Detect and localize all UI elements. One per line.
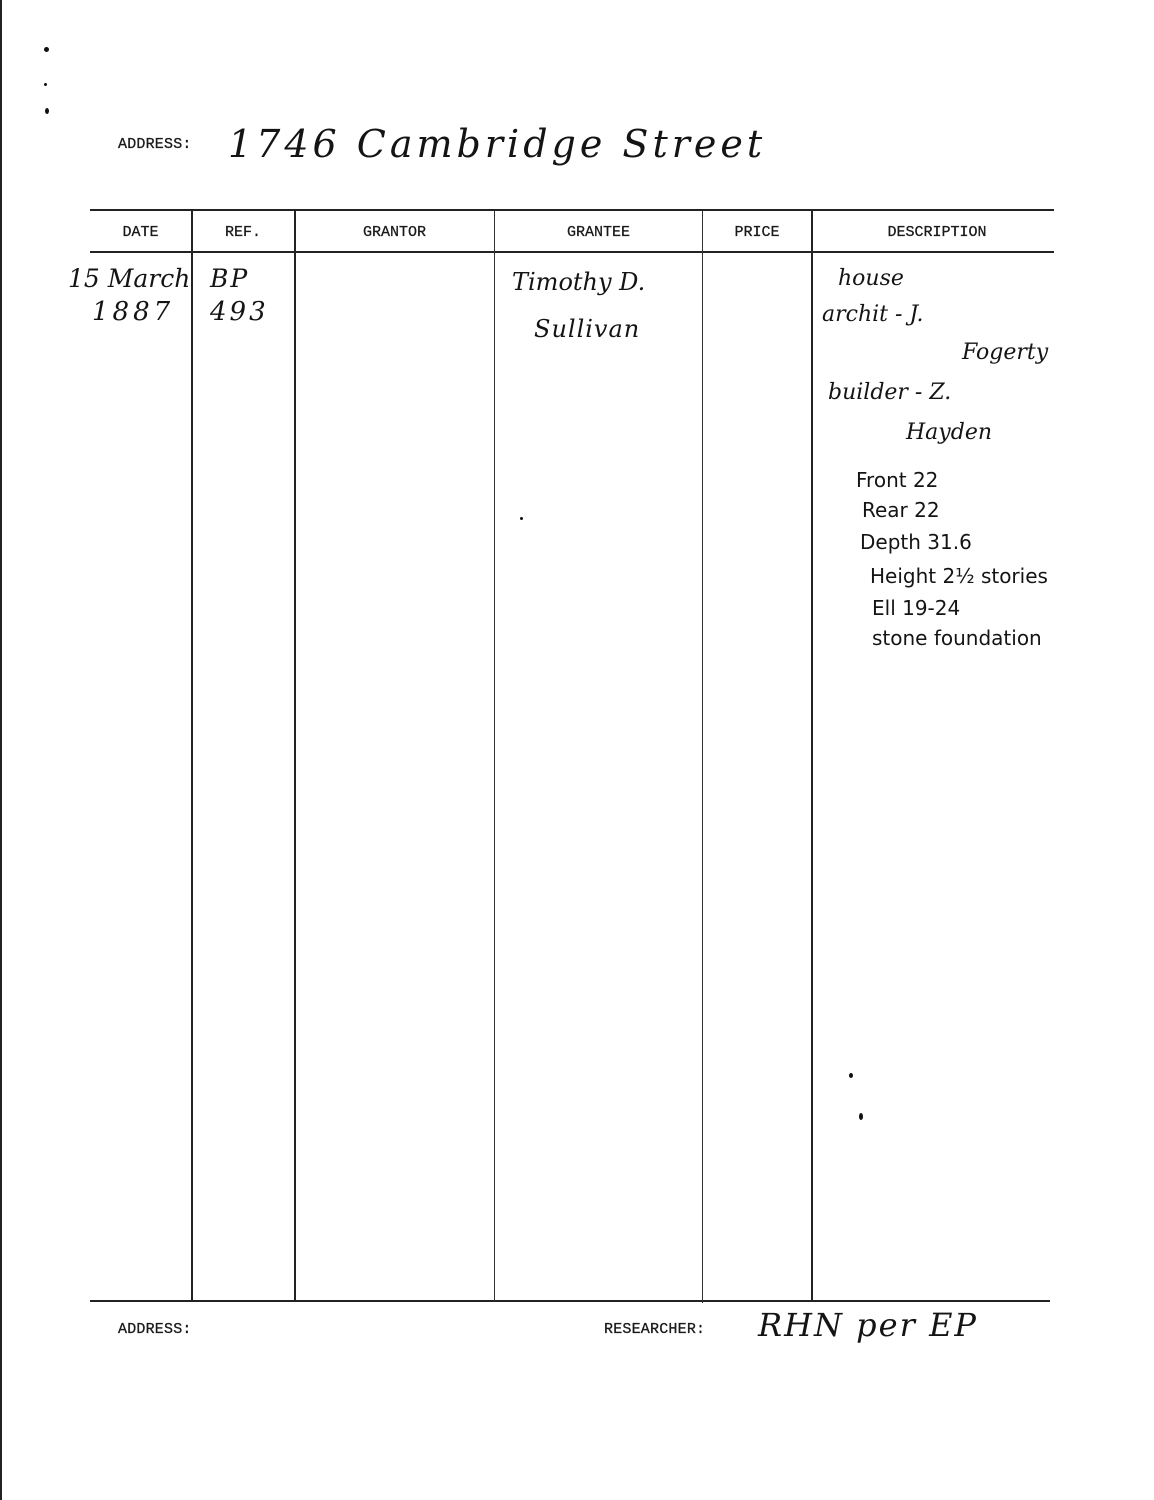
column-header-grantee: GRANTEE: [495, 224, 702, 246]
column-divider-grantee-price: [702, 211, 703, 1303]
scan-speck: [520, 517, 523, 520]
scan-speck: [45, 108, 49, 114]
address-value: 1746 Cambridge Street: [228, 122, 766, 166]
description-line: Hayden: [906, 420, 992, 445]
ref-cell-page: 493: [210, 297, 269, 327]
description-line: archit - J.: [822, 302, 924, 327]
address-label: ADDRESS:: [118, 136, 192, 153]
description-spec-rear: Rear 22: [862, 498, 940, 522]
date-cell-year: 1887: [92, 297, 174, 327]
description-spec-front: Front 22: [856, 468, 938, 492]
scan-speck: [44, 47, 49, 52]
column-header-grantor: GRANTOR: [295, 224, 494, 246]
footer-address-label: ADDRESS:: [118, 1321, 192, 1338]
column-divider-price-description: [811, 211, 813, 1301]
grantee-cell-line2: Sullivan: [534, 315, 640, 343]
ref-cell-book: BP: [210, 264, 249, 293]
scan-speck: [44, 83, 47, 86]
researcher-value: RHN per EP: [758, 1306, 978, 1344]
scan-speck: [859, 1113, 863, 1120]
description-spec-depth: Depth 31.6: [860, 530, 972, 554]
description-line: house: [838, 266, 904, 291]
description-spec-ell: Ell 19-24: [872, 596, 960, 620]
researcher-label: RESEARCHER:: [604, 1321, 705, 1338]
column-header-date: DATE: [90, 224, 191, 246]
scan-speck: [849, 1073, 853, 1078]
scan-edge: [0, 0, 2, 1500]
description-line: builder - Z.: [828, 380, 951, 405]
description-spec-height: Height 2½ stories: [870, 564, 1048, 588]
column-divider-date-ref: [191, 211, 193, 1301]
description-line: Fogerty: [962, 340, 1048, 365]
description-spec-foundation: stone foundation: [872, 626, 1042, 650]
column-header-description: DESCRIPTION: [812, 224, 1062, 246]
column-divider-grantor-grantee: [494, 211, 495, 1301]
table-top-rule: [90, 209, 1054, 211]
header-bottom-rule: [90, 251, 1054, 253]
column-divider-ref-grantor: [294, 209, 296, 1301]
column-header-ref: REF.: [192, 224, 294, 246]
date-cell-day-month: 15 March: [68, 264, 190, 293]
column-header-price: PRICE: [703, 224, 811, 246]
table-bottom-rule: [90, 1300, 1050, 1302]
grantee-cell-line1: Timothy D.: [512, 268, 645, 296]
